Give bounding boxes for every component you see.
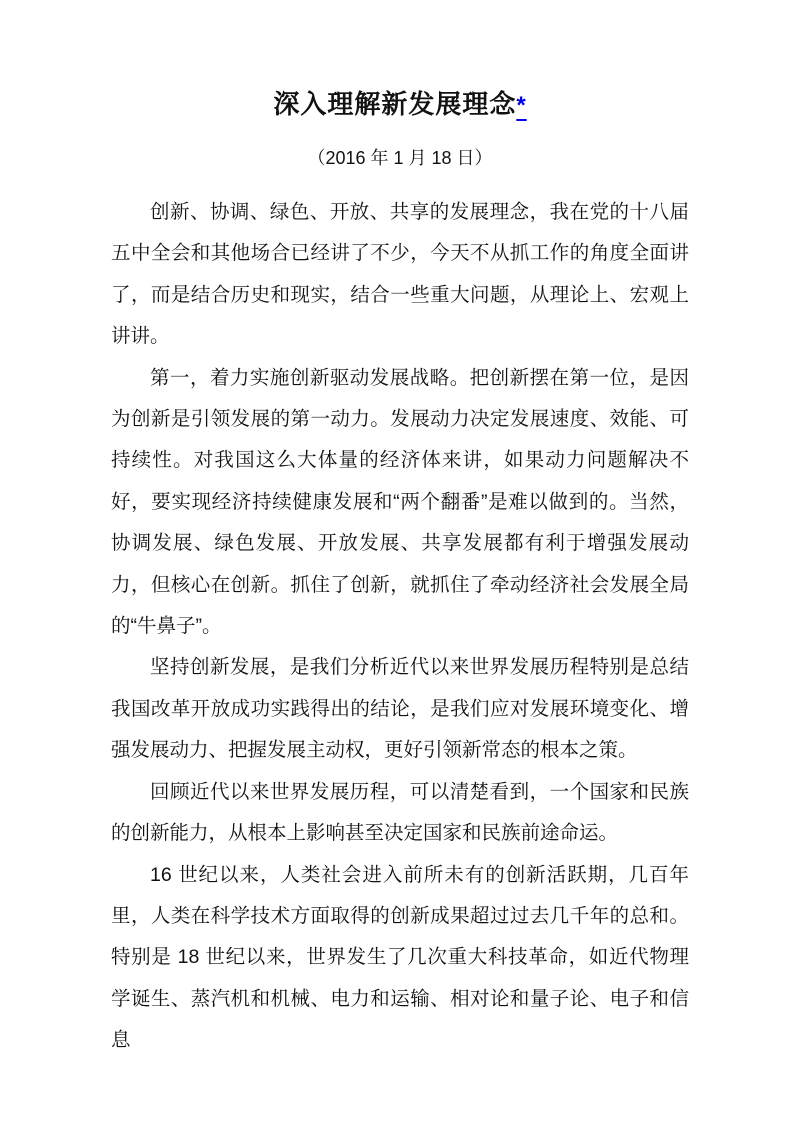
- paragraph-16th-century: 16 世纪以来，人类社会进入前所未有的创新活跃期，几百年里，人类在科学技术方面取…: [111, 855, 689, 1062]
- document-page: 深入理解新发展理念* （2016 年 1 月 18 日） 创新、协调、绿色、开放…: [0, 0, 800, 1130]
- document-date: （2016 年 1 月 18 日）: [0, 146, 800, 170]
- paragraph-intro: 创新、协调、绿色、开放、共享的发展理念，我在党的十八届五中全会和其他场合已经讲了…: [111, 192, 689, 358]
- paragraph-innovation-conclusion: 坚持创新发展，是我们分析近代以来世界发展历程特别是总结我国改革开放成功实践得出的…: [111, 647, 689, 771]
- footnote-link[interactable]: *: [516, 92, 526, 119]
- paragraph-history-review: 回顾近代以来世界发展历程，可以清楚看到，一个国家和民族的创新能力，从根本上影响甚…: [111, 772, 689, 855]
- document-body: 创新、协调、绿色、开放、共享的发展理念，我在党的十八届五中全会和其他场合已经讲了…: [111, 192, 689, 1062]
- page-title: 深入理解新发展理念*: [0, 0, 800, 122]
- page-title-text: 深入理解新发展理念: [273, 89, 516, 119]
- paragraph-first-point: 第一，着力实施创新驱动发展战略。把创新摆在第一位，是因为创新是引领发展的第一动力…: [111, 358, 689, 648]
